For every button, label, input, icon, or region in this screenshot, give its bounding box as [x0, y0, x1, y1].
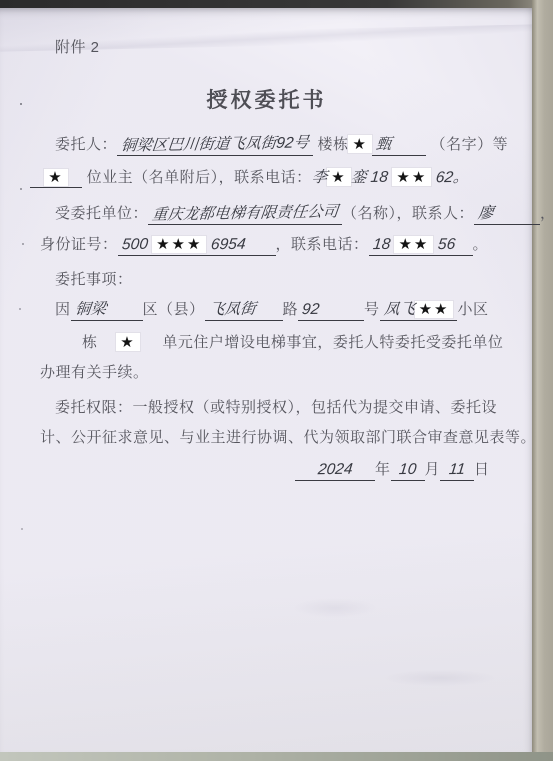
district-label: 区（县） — [143, 301, 205, 318]
principal-phone-line: ★ 位业主（名单附后），联系电话：李★銮 18 ★★ 62。 — [30, 165, 469, 188]
address-handwritten: 铜梁区巴川街道飞凤街92号 — [120, 134, 310, 155]
agent-name-note: （名称），联系人： — [342, 205, 474, 222]
day-label: 日 — [474, 461, 490, 478]
contact-handwritten: 廖 — [477, 205, 494, 223]
id-field: 500 ★★★ 6954 — [118, 236, 276, 256]
district-field: 铜梁 — [71, 301, 143, 321]
phone-handwritten-1: 李 — [311, 165, 329, 187]
matter-location-line: 因铜梁区（县）飞凤街路92号凤飞★★小区 — [55, 298, 489, 321]
scanner-right-edge — [532, 0, 553, 761]
road-handwritten: 飞凤街 — [208, 301, 256, 320]
building-redaction-mark: ★ — [348, 135, 371, 153]
agent-label: 受委托单位： — [55, 205, 148, 222]
building-label: 楼栋 — [317, 136, 348, 153]
owners-text: 位业主（名单附后），联系电话： — [87, 169, 312, 186]
month-label: 月 — [425, 461, 441, 478]
id-handwritten-2: 6954 — [210, 236, 246, 254]
phone-handwritten-2: 銮 18 — [349, 165, 388, 188]
agent-phone-redaction: ★★ — [394, 236, 433, 253]
attachment-label: 附件 2 — [55, 36, 100, 57]
road-label: 路 — [283, 301, 299, 318]
matter-body-1: 单元住户增设电梯事宜，委托人特委托受委托单位 — [162, 334, 503, 351]
number-handwritten: 92 — [301, 301, 320, 319]
agent-phone-hw-2: 56 — [437, 236, 456, 254]
authority-line-1: 委托权限：一般授权（或特别授权），包括代为提交申请、委托设 — [55, 396, 497, 417]
year-field: 2024 — [295, 461, 375, 481]
paper-crumple — [230, 548, 530, 748]
estate-handwritten: 凤飞 — [383, 301, 416, 319]
building-handwritten: 甄 — [375, 136, 392, 154]
matter-heading: 委托事项： — [55, 268, 133, 289]
matter-body-2: 办理有关手续。 — [40, 361, 149, 382]
name-suffix: （名字）等 — [431, 136, 509, 153]
company-handwritten: 重庆龙都电梯有限责任公司 — [151, 203, 339, 224]
agent-comma: ， — [540, 205, 553, 222]
authority-line-2: 计、公开征求意见、与业主进行协调、代为领取部门联合审查意见表等。 — [40, 426, 536, 447]
agent-period: 。 — [473, 236, 489, 253]
agent-phone-hw-1: 18 — [372, 236, 391, 254]
principal-label: 委托人： — [55, 136, 117, 153]
phone-handwritten-3: 62。 — [435, 165, 470, 188]
agent-id-line: 身份证号：500 ★★★ 6954，联系电话：18 ★★ 56。 — [40, 233, 488, 256]
year-handwritten: 2024 — [317, 461, 353, 479]
year-label: 年 — [375, 461, 391, 478]
date-line: 2024年10月11日 — [295, 458, 490, 481]
because-label: 因 — [55, 301, 71, 318]
month-field: 10 — [391, 461, 425, 481]
building-unit-label: 栋 — [82, 334, 98, 351]
unit-redaction-mark: ★ — [116, 333, 139, 351]
contact-field: 廖 — [474, 205, 540, 225]
estate-label: 小区 — [457, 301, 488, 318]
owner-count-field: ★ — [30, 169, 82, 188]
principal-line: 委托人：铜梁区巴川街道飞凤街92号 楼栋★甄 （名字）等 — [55, 133, 508, 156]
id-redaction-mark: ★★★ — [152, 236, 206, 253]
company-field: 重庆龙都电梯有限责任公司 — [148, 205, 342, 225]
number-label: 号 — [364, 301, 380, 318]
id-label: 身份证号： — [40, 236, 118, 253]
day-handwritten: 11 — [448, 461, 466, 479]
district-handwritten: 铜梁 — [74, 301, 107, 319]
phone-redaction-1: ★ — [327, 168, 350, 186]
id-handwritten-1: 500 — [121, 236, 149, 254]
agent-phone-label: ，联系电话： — [276, 236, 369, 253]
phone-redaction-2: ★★ — [392, 168, 431, 186]
count-redaction-mark: ★ — [44, 169, 67, 186]
number-field: 92 — [298, 301, 364, 321]
estate-field: 凤飞★★ — [380, 301, 458, 321]
matter-unit-line: 栋 ★ 单元住户增设电梯事宜，委托人特委托受委托单位 — [82, 331, 503, 352]
building-field: 甄 — [372, 136, 426, 156]
address-field: 铜梁区巴川街道飞凤街92号 — [117, 136, 313, 156]
agent-line: 受委托单位：重庆龙都电梯有限责任公司（名称），联系人：廖， — [55, 202, 553, 225]
document-title: 授权委托书 — [0, 84, 533, 114]
month-handwritten: 10 — [398, 461, 417, 479]
agent-phone-field: 18 ★★ 56 — [369, 236, 473, 256]
scanner-bottom-edge — [0, 752, 553, 761]
day-field: 11 — [440, 461, 474, 481]
estate-redaction-mark: ★★ — [415, 301, 454, 318]
road-field: 飞凤街 — [205, 301, 283, 321]
